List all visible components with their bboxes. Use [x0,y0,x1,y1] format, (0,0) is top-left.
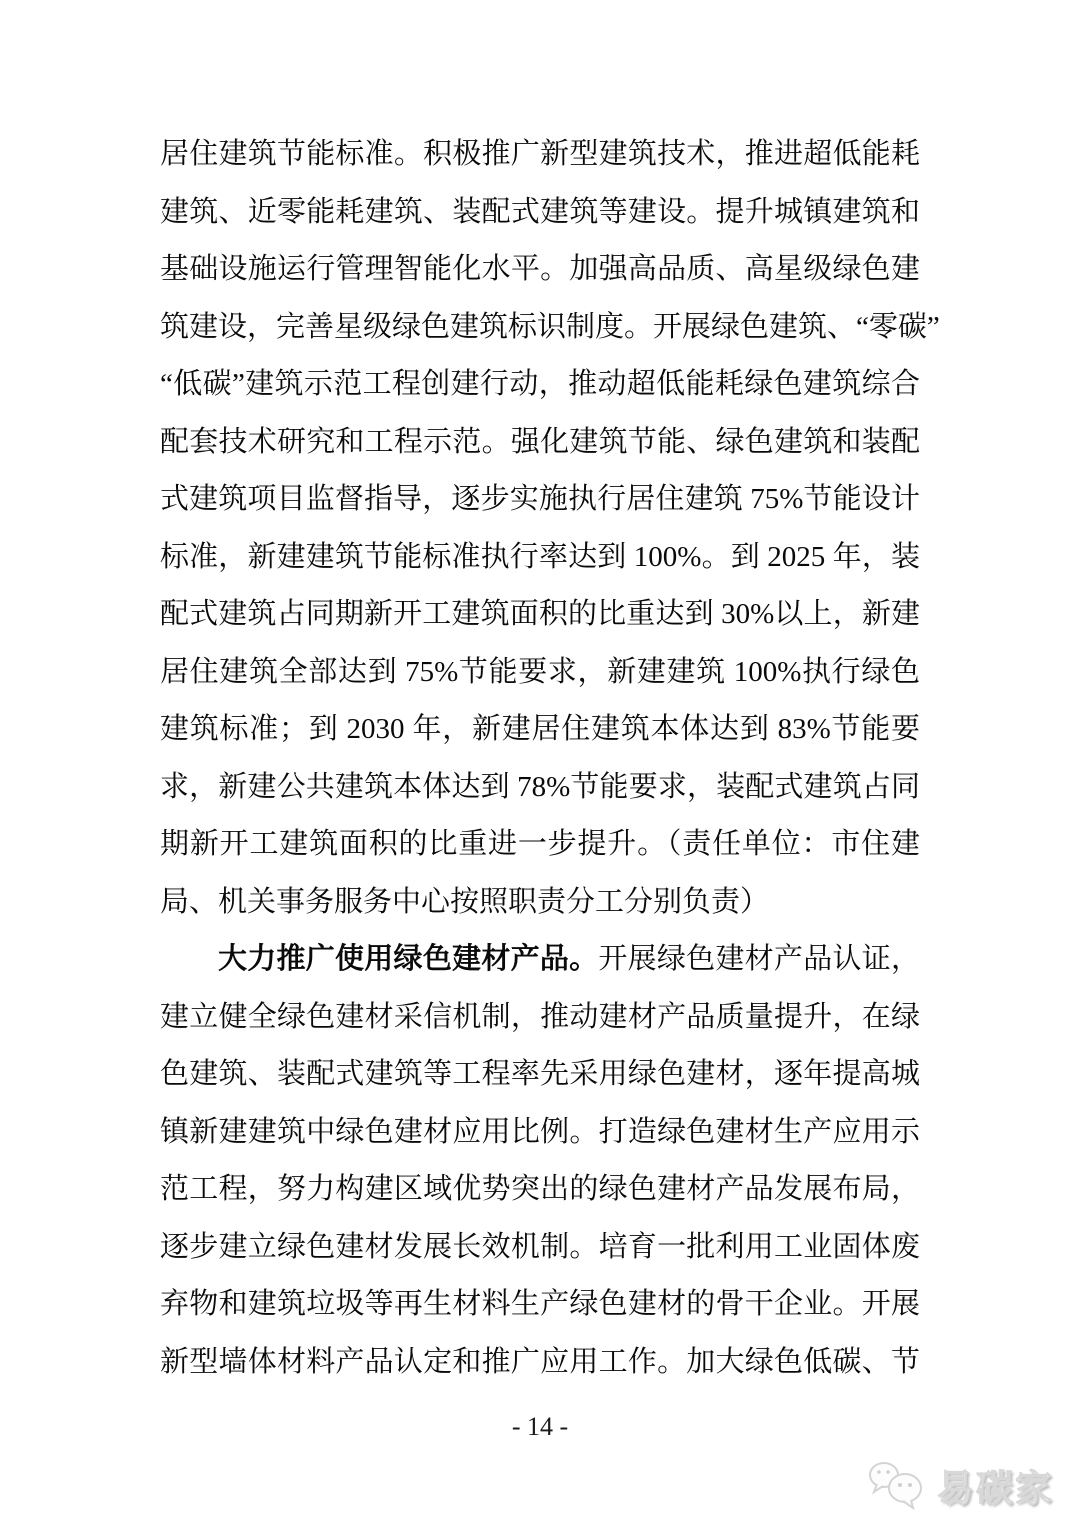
text-line: 新型墙体材料产品认定和推广应用工作。加大绿色低碳、节 [160,1334,920,1392]
text-line: 镇新建建筑中绿色建材应用比例。打造绿色建材生产应用示 [160,1104,920,1162]
text-line-with-bold-lead: 大力推广使用绿色建材产品。开展绿色建材产品认证， [160,931,920,989]
text-line: 基础设施运行管理智能化水平。加强高品质、高星级绿色建 [160,241,920,299]
text-line: 期新开工建筑面积的比重进一步提升。（责任单位：市住建 [160,816,920,874]
text-line: “低碳”建筑示范工程创建行动，推动超低能耗绿色建筑综合 [160,356,920,414]
page-number: - 14 - [0,1412,1080,1442]
paragraph-lead-bold: 大力推广使用绿色建材产品。 [218,943,598,975]
watermark-label: 易碳家 [937,1458,1054,1512]
text-line: 建立健全绿色建材采信机制，推动建材产品质量提升，在绿 [160,989,920,1047]
paragraph-lead-rest: 开展绿色建材产品认证， [598,943,920,975]
text-line: 筑建设，完善星级绿色建筑标识制度。开展绿色建筑、“零碳” [160,299,920,357]
paragraph-green-building-materials: 大力推广使用绿色建材产品。开展绿色建材产品认证， 建立健全绿色建材采信机制，推动… [160,931,920,1391]
text-line: 色建筑、装配式建筑等工程率先采用绿色建材，逐年提高城 [160,1046,920,1104]
paragraph-building-energy-standards: 居住建筑节能标准。积极推广新型建筑技术，推进超低能耗 建筑、近零能耗建筑、装配式… [160,126,920,931]
text-line: 范工程，努力构建区域优势突出的绿色建材产品发展布局， [160,1161,920,1219]
text-line: 式建筑项目监督指导，逐步实施执行居住建筑 75%节能设计 [160,471,920,529]
wechat-chat-bubbles-icon [867,1460,929,1510]
text-line: 弃物和建筑垃圾等再生材料生产绿色建材的骨干企业。开展 [160,1276,920,1334]
document-page: 居住建筑节能标准。积极推广新型建筑技术，推进超低能耗 建筑、近零能耗建筑、装配式… [0,0,1080,1526]
watermark: 易碳家 [867,1458,1054,1512]
text-line: 配套技术研究和工程示范。强化建筑节能、绿色建筑和装配 [160,414,920,472]
text-line: 建筑标准；到 2030 年，新建居住建筑本体达到 83%节能要 [160,701,920,759]
document-body: 居住建筑节能标准。积极推广新型建筑技术，推进超低能耗 建筑、近零能耗建筑、装配式… [160,126,920,1391]
text-line: 居住建筑节能标准。积极推广新型建筑技术，推进超低能耗 [160,126,920,184]
text-line: 居住建筑全部达到 75%节能要求，新建建筑 100%执行绿色 [160,644,920,702]
text-line: 求，新建公共建筑本体达到 78%节能要求，装配式建筑占同 [160,759,920,817]
text-line: 标准，新建建筑节能标准执行率达到 100%。到 2025 年，装 [160,529,920,587]
text-line: 建筑、近零能耗建筑、装配式建筑等建设。提升城镇建筑和 [160,184,920,242]
text-line: 局、机关事务服务中心按照职责分工分别负责） [160,874,920,932]
text-line: 逐步建立绿色建材发展长效机制。培育一批利用工业固体废 [160,1219,920,1277]
text-line: 配式建筑占同期新开工建筑面积的比重达到 30%以上，新建 [160,586,920,644]
